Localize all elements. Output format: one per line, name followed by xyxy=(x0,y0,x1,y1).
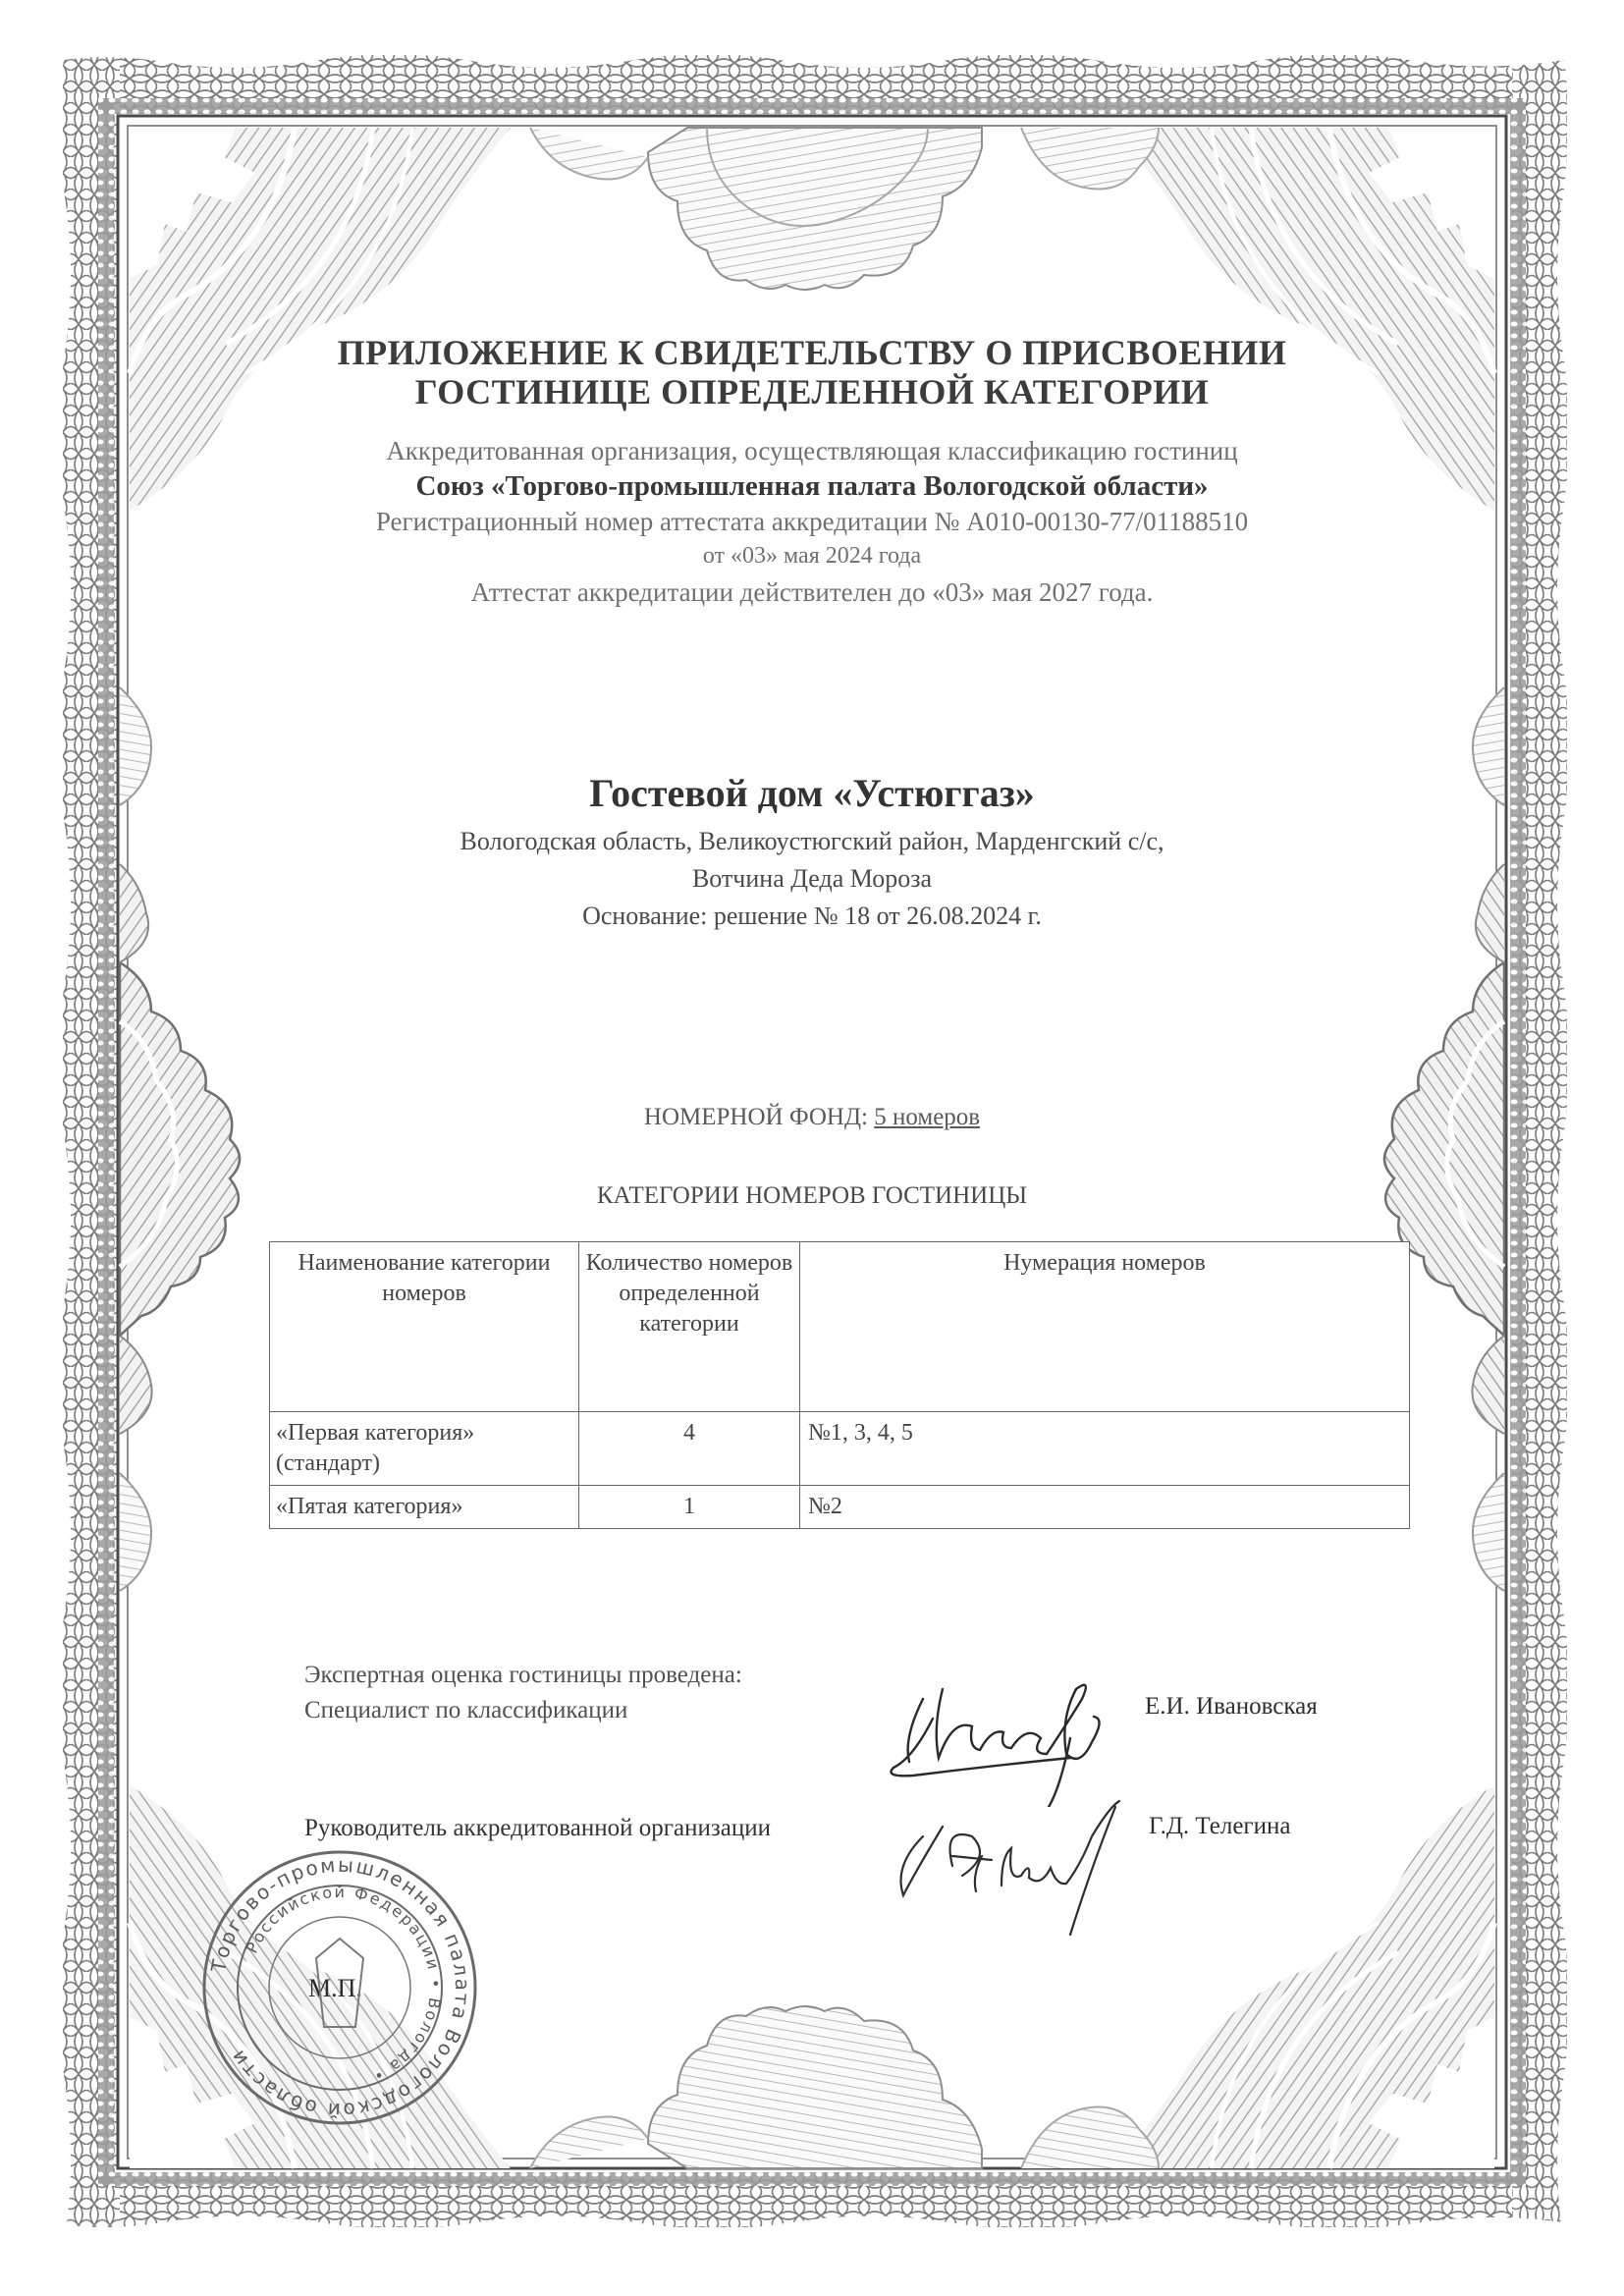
cell-category: «Пятая категория» xyxy=(270,1486,579,1529)
head-of-organization-label: Руководитель аккредитованной организации xyxy=(304,1815,771,1842)
accreditation-registration-number: Регистрационный номер аттестата аккредит… xyxy=(0,507,1624,537)
room-fund-value: 5 номеров xyxy=(874,1104,980,1130)
table-row: «Первая категория» (стандарт) 4 №1, 3, 4… xyxy=(270,1412,1410,1486)
header-room-count: Количество номеров определенной категори… xyxy=(579,1242,800,1412)
hotel-address-line-2: Вотчина Деда Мороза xyxy=(0,864,1624,894)
table-header-row: Наименование категории номеров Количеств… xyxy=(270,1242,1410,1412)
room-fund-label: НОМЕРНОЙ ФОНД: xyxy=(644,1104,874,1130)
expert-role-label: Специалист по классификации xyxy=(304,1697,627,1724)
svg-text:Российской Федерации • Вологда: Российской Федерации • Вологда • xyxy=(243,1883,445,2086)
table-row: «Пятая категория» 1 №2 xyxy=(270,1486,1410,1529)
cell-numbers: №1, 3, 4, 5 xyxy=(800,1412,1410,1486)
certificate-page: ПРИЛОЖЕНИЕ К СВИДЕТЕЛЬСТВУ О ПРИСВОЕНИИ … xyxy=(0,0,1624,2296)
decision-basis: Основание: решение № 18 от 26.08.2024 г. xyxy=(0,902,1624,931)
document-title-line-2: ГОСТИНИЦЕ ОПРЕДЕЛЕННОЙ КАТЕГОРИИ xyxy=(0,371,1624,412)
accreditation-issue-date: от «03» мая 2024 года xyxy=(0,543,1624,570)
cell-count: 4 xyxy=(579,1412,800,1486)
header-room-numbers: Нумерация номеров xyxy=(800,1242,1410,1412)
head-signature xyxy=(884,1797,1159,1944)
cell-category: «Первая категория» (стандарт) xyxy=(270,1412,579,1486)
cell-count: 1 xyxy=(579,1486,800,1529)
accreditation-valid-until: Аттестат аккредитации действителен до «0… xyxy=(0,577,1624,608)
hotel-name: Гостевой дом «Устюггаз» xyxy=(0,770,1624,816)
accreditation-intro: Аккредитованная организация, осуществляю… xyxy=(0,436,1624,466)
room-fund: НОМЕРНОЙ ФОНД: 5 номеров xyxy=(0,1104,1624,1131)
expert-name: Е.И. Ивановская xyxy=(1145,1693,1318,1721)
accredited-organization: Союз «Торгово-промышленная палата Волого… xyxy=(0,470,1624,503)
document-title-line-1: ПРИЛОЖЕНИЕ К СВИДЕТЕЛЬСТВУ О ПРИСВОЕНИИ xyxy=(0,332,1624,373)
room-categories-table: Наименование категории номеров Количеств… xyxy=(269,1241,1410,1529)
header-category-name: Наименование категории номеров xyxy=(270,1242,579,1412)
expert-evaluation-label: Экспертная оценка гостиницы проведена: xyxy=(304,1662,742,1689)
cell-numbers: №2 xyxy=(800,1486,1410,1529)
hotel-address-line-1: Вологодская область, Великоустюгский рай… xyxy=(0,827,1624,856)
head-name: Г.Д. Телегина xyxy=(1149,1813,1291,1840)
official-seal: Торгово-промышленная палата Вологодской … xyxy=(192,1840,487,2135)
room-categories-heading: КАТЕГОРИИ НОМЕРОВ ГОСТИНИЦЫ xyxy=(0,1182,1624,1210)
expert-signature xyxy=(874,1660,1149,1807)
